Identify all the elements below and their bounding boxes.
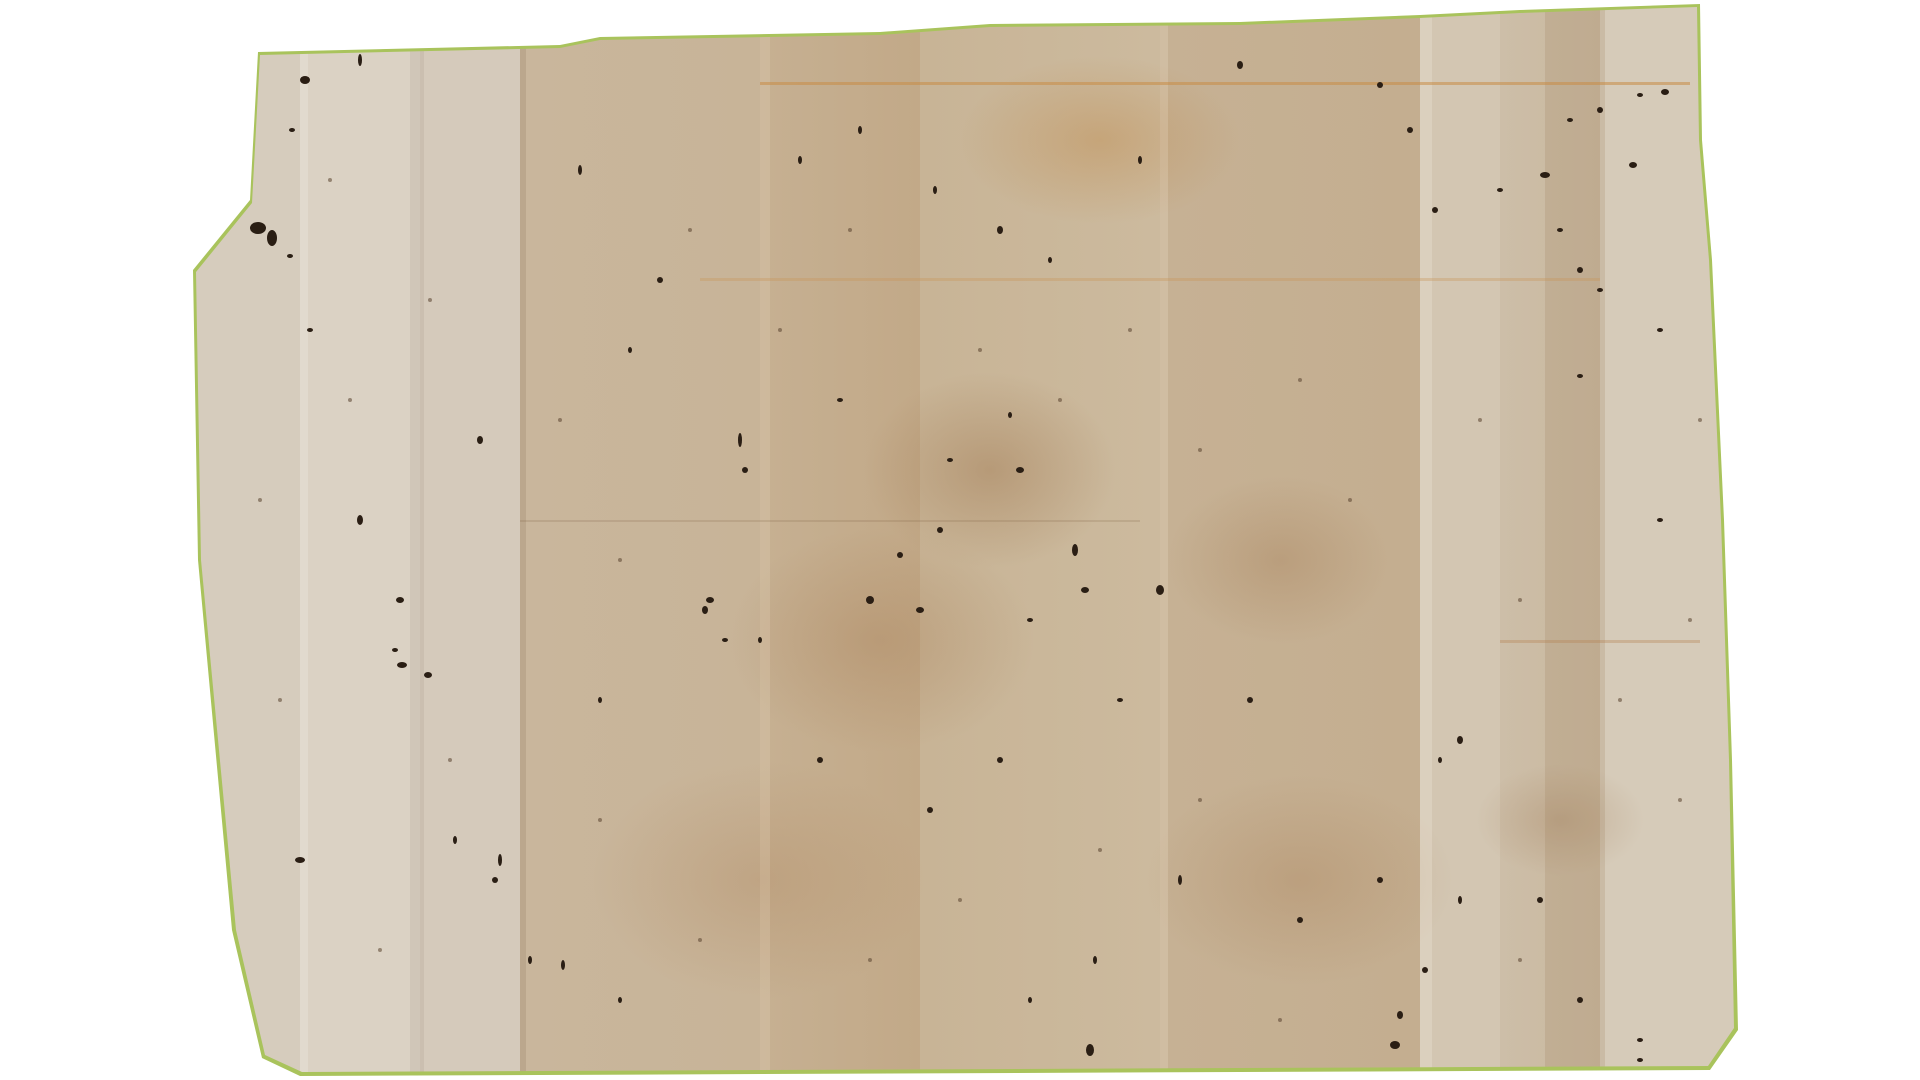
travertine-slab [0, 0, 1920, 1080]
photo-canvas [0, 0, 1920, 1080]
pores-layer [0, 0, 1920, 1080]
